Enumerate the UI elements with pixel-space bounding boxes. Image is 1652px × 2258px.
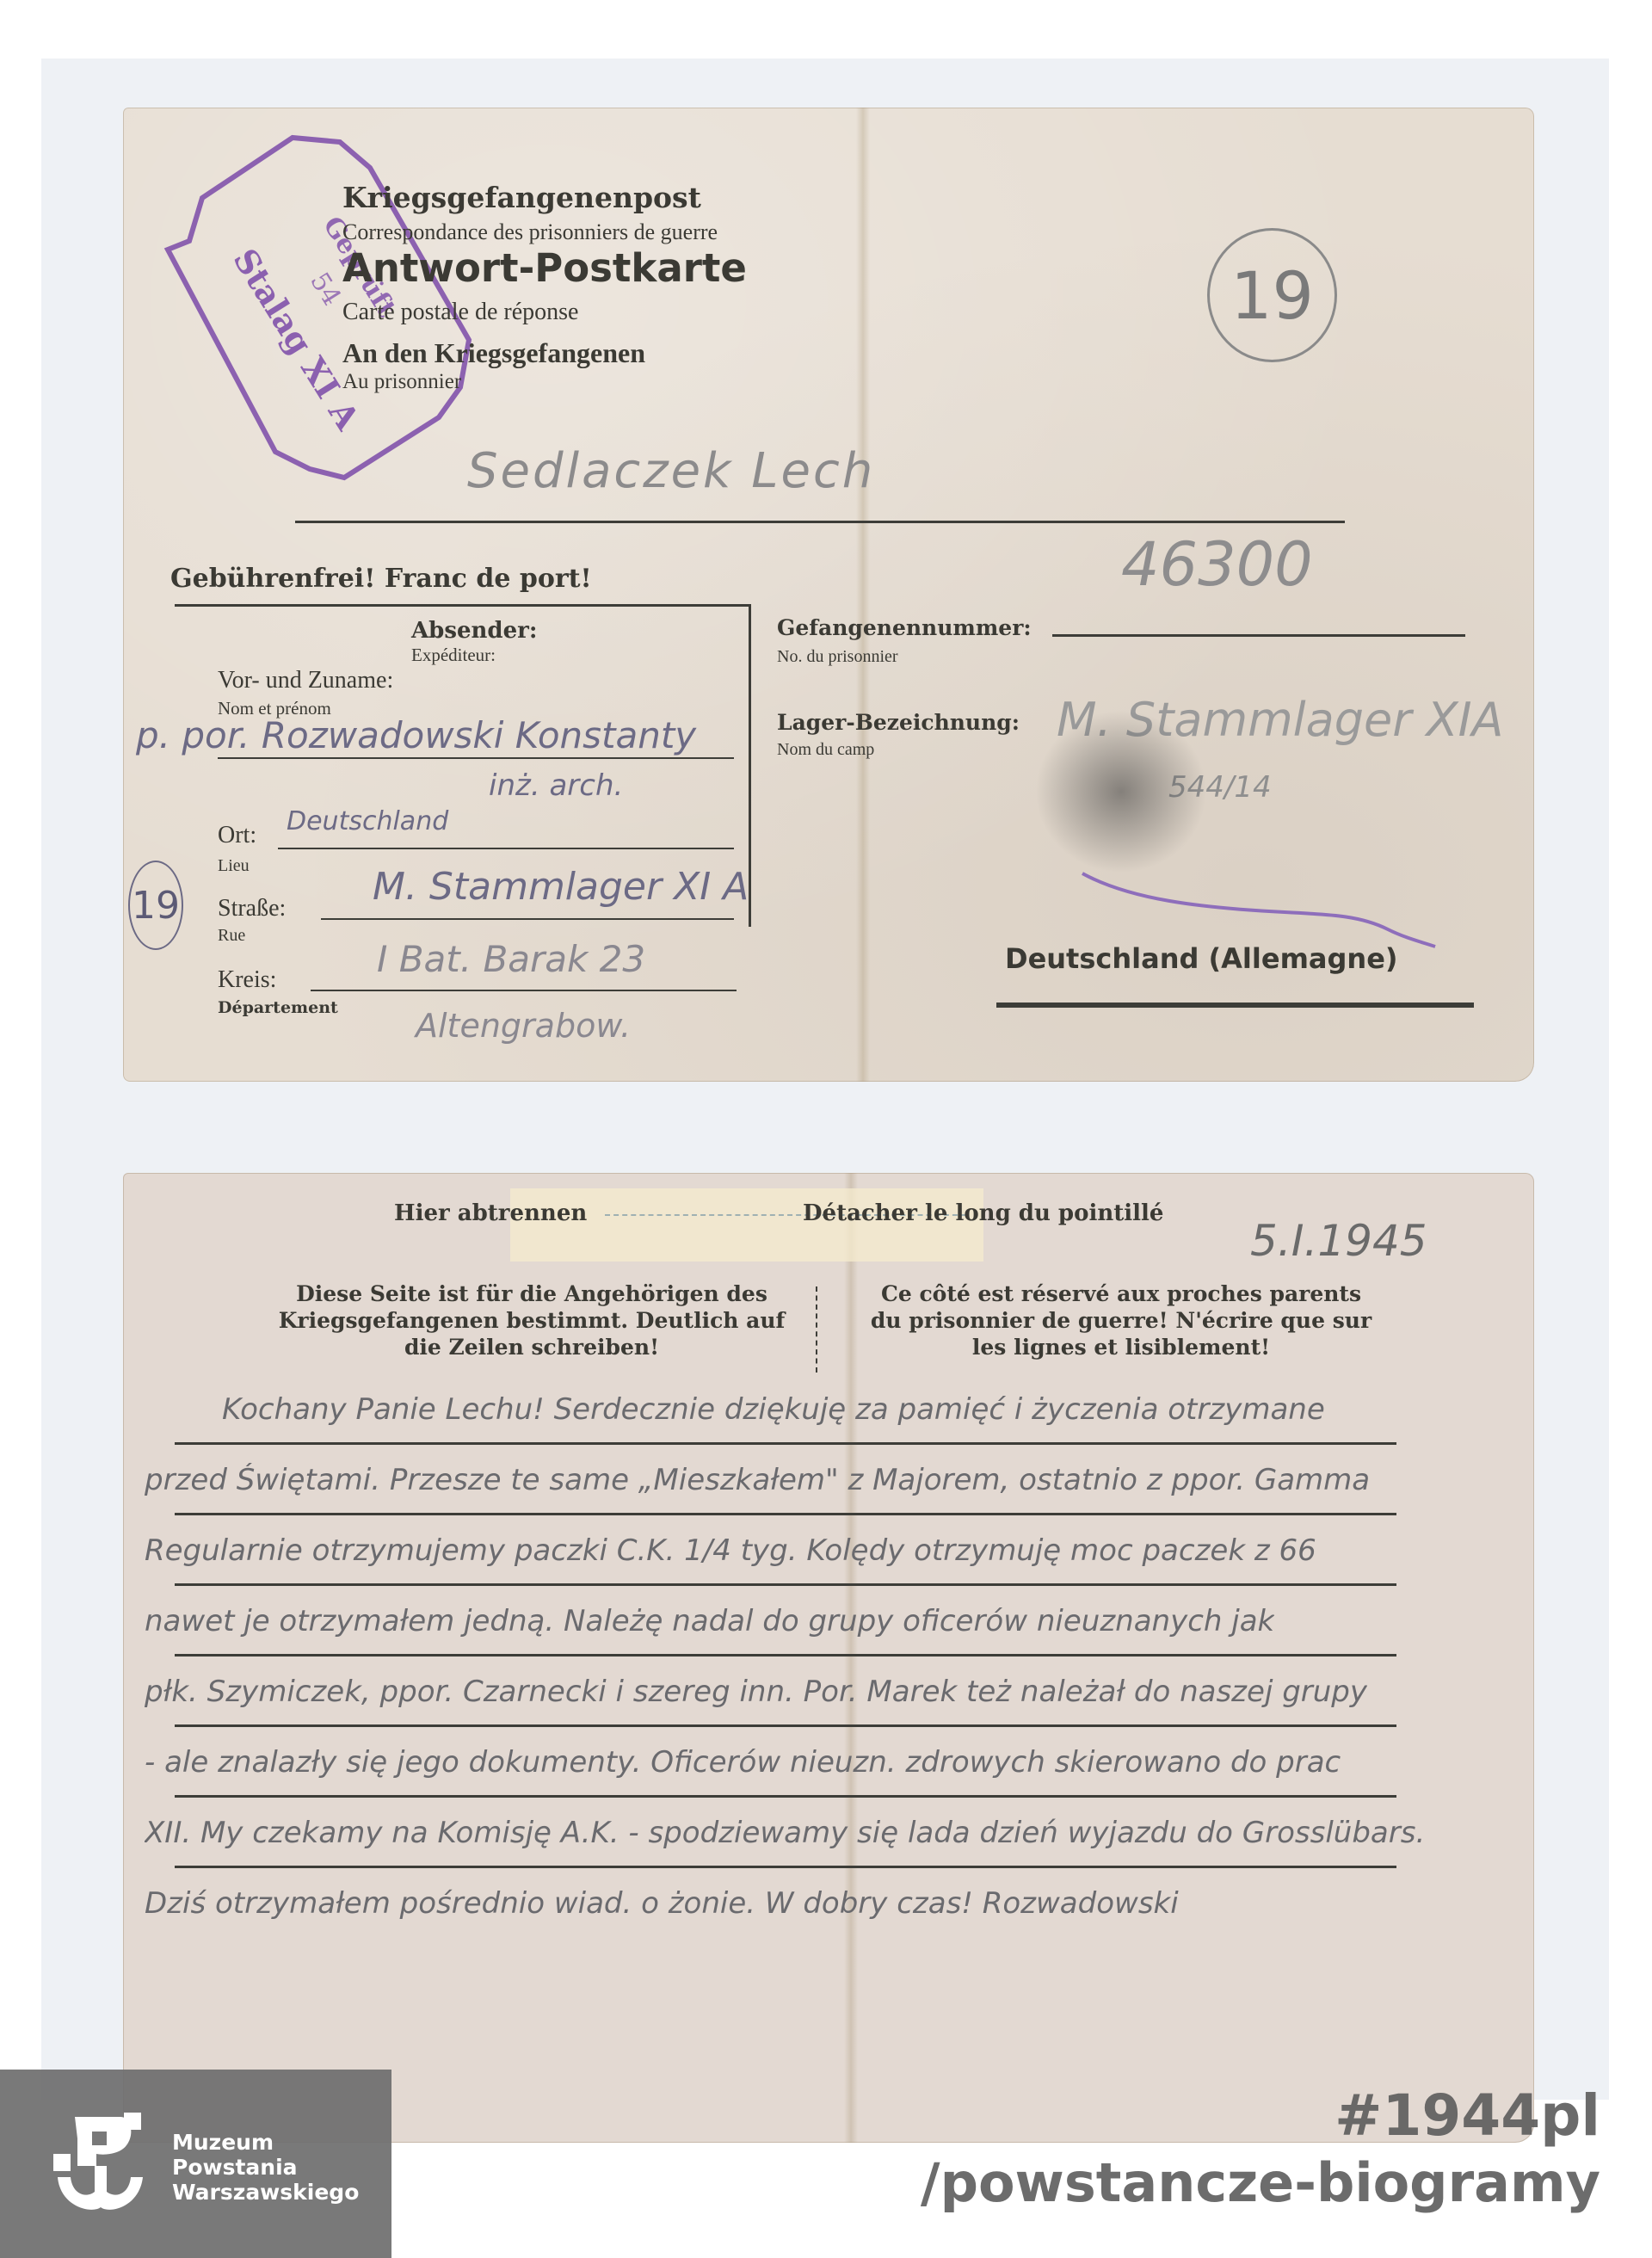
instructions-de: Diese Seite ist für die Angehörigen des … <box>252 1280 811 1360</box>
instructions-fr-line: du prisonnier de guerre! N'écrire que su… <box>837 1307 1405 1334</box>
circled-number-top: 19 <box>1207 228 1337 362</box>
district-label-de: Kreis: <box>218 966 276 994</box>
sender-box-right <box>749 604 751 927</box>
violet-pencil-stroke <box>1078 848 1439 951</box>
place-label-fr: Lieu <box>218 856 250 876</box>
to-fr: Au prisonnier <box>342 370 461 394</box>
sender-title: inż. arch. <box>489 768 623 803</box>
writing-rule <box>175 1724 1396 1727</box>
sender-box-top <box>175 604 751 607</box>
logo-line: Muzeum <box>172 2130 359 2155</box>
instructions-fr-line: les lignes et lisiblement! <box>837 1334 1405 1360</box>
street-rule <box>321 918 734 920</box>
writing-rule <box>175 1795 1396 1798</box>
prisoner-number-rule <box>1052 634 1465 637</box>
writing-rule <box>175 1654 1396 1656</box>
instructions-fr-line: Ce côté est réservé aux proches parents <box>837 1280 1405 1307</box>
postcard-front: Stalag XI A Geprüft 54 Kriegsgefangenenp… <box>123 108 1534 1082</box>
letter-date: 5.I.1945 <box>1250 1216 1427 1266</box>
place-value: Deutschland <box>287 806 448 836</box>
district-below: Altengrabow. <box>416 1007 631 1045</box>
camp-label-fr: Nom du camp <box>777 740 874 760</box>
sender-heading-fr: Expéditeur: <box>411 645 496 666</box>
letter-line: Dziś otrzymałem pośrednio wiad. o żonie.… <box>145 1886 1179 1921</box>
card-type-fr: Carte postale de réponse <box>342 299 578 326</box>
kotwica-icon <box>53 2113 148 2216</box>
instructions-de-line: Diese Seite ist für die Angehörigen des <box>252 1280 811 1307</box>
logo-text: Muzeum Powstania Warszawskiego <box>172 2130 359 2205</box>
instructions-de-line: Kriegsgefangenen bestimmt. Deutlich auf <box>252 1307 811 1334</box>
place-rule <box>278 848 734 849</box>
letter-line: Kochany Panie Lechu! Serdecznie dziękuję… <box>222 1392 1325 1427</box>
name-label-de: Vor- und Zuname: <box>218 667 393 694</box>
instructions-fr: Ce côté est réservé aux proches parents … <box>837 1280 1405 1360</box>
watermark-hashtag: #1944pl <box>1335 2082 1600 2149</box>
recipient-name: Sedlaczek Lech <box>467 443 875 499</box>
name-line <box>295 521 1345 523</box>
letter-line: nawet je otrzymałem jedną. Należę nadal … <box>145 1604 1274 1638</box>
street-label-fr: Rue <box>218 926 245 946</box>
street-label-de: Straße: <box>218 895 286 922</box>
tear-here-fr: Détacher le long du pointillé <box>803 1200 1163 1226</box>
writing-rule <box>175 1866 1396 1868</box>
camp-label-de: Lager-Bezeichnung: <box>777 710 1020 735</box>
instructions-de-line: die Zeilen schreiben! <box>252 1334 811 1360</box>
street-value: M. Stammlager XI A <box>373 865 749 909</box>
letter-line: płk. Szymiczek, ppor. Czarnecki i szereg… <box>145 1675 1367 1709</box>
title-de: Kriegsgefangenenpost <box>342 181 701 214</box>
prisoner-number: 46300 <box>1121 529 1313 600</box>
title-fr: Correspondance des prisonniers de guerre <box>342 219 718 245</box>
letter-line: XII. My czekamy na Komisję A.K. - spodzi… <box>145 1816 1425 1850</box>
country-rule <box>996 1003 1474 1008</box>
card-type-de: Antwort-Postkarte <box>342 245 747 291</box>
postcard-back: Hier abtrennen Détacher le long du point… <box>123 1173 1534 2143</box>
writing-rule <box>175 1583 1396 1586</box>
center-divider <box>816 1286 817 1373</box>
place-label-de: Ort: <box>218 822 256 849</box>
circled-number-side: 19 <box>128 861 183 950</box>
sender-name: p. por. Rozwadowski Konstanty <box>136 714 696 756</box>
writing-rule <box>175 1442 1396 1445</box>
svg-text:54: 54 <box>304 268 347 312</box>
logo-line: Powstania <box>172 2155 359 2180</box>
logo-line: Warszawskiego <box>172 2180 359 2205</box>
letter-line: Regularnie otrzymujemy paczki C.K. 1/4 t… <box>145 1533 1316 1568</box>
district-label-fr: Département <box>218 998 338 1017</box>
district-value: I Bat. Barak 23 <box>377 938 645 980</box>
name-rule <box>218 757 734 759</box>
prisoner-number-label-fr: No. du prisonnier <box>777 647 898 667</box>
district-rule <box>311 990 737 991</box>
prisoner-number-label-de: Gefangenennummer: <box>777 615 1032 640</box>
writing-rule <box>175 1513 1396 1515</box>
museum-logo: Muzeum Powstania Warszawskiego <box>0 2070 391 2258</box>
postage-free: Gebührenfrei! Franc de port! <box>170 564 592 594</box>
tear-here-de: Hier abtrennen <box>394 1200 587 1226</box>
watermark-path: /powstancze-biogramy <box>921 2151 1600 2214</box>
letter-line: - ale znalazły się jego dokumenty. Ofice… <box>145 1745 1341 1780</box>
country: Deutschland (Allemagne) <box>1005 942 1398 975</box>
to-de: An den Kriegsgefangenen <box>342 337 645 369</box>
letter-line: przed Świętami. Przesze te same „Mieszka… <box>145 1463 1370 1497</box>
sender-heading-de: Absender: <box>411 618 537 644</box>
fold-crease <box>856 108 870 1082</box>
